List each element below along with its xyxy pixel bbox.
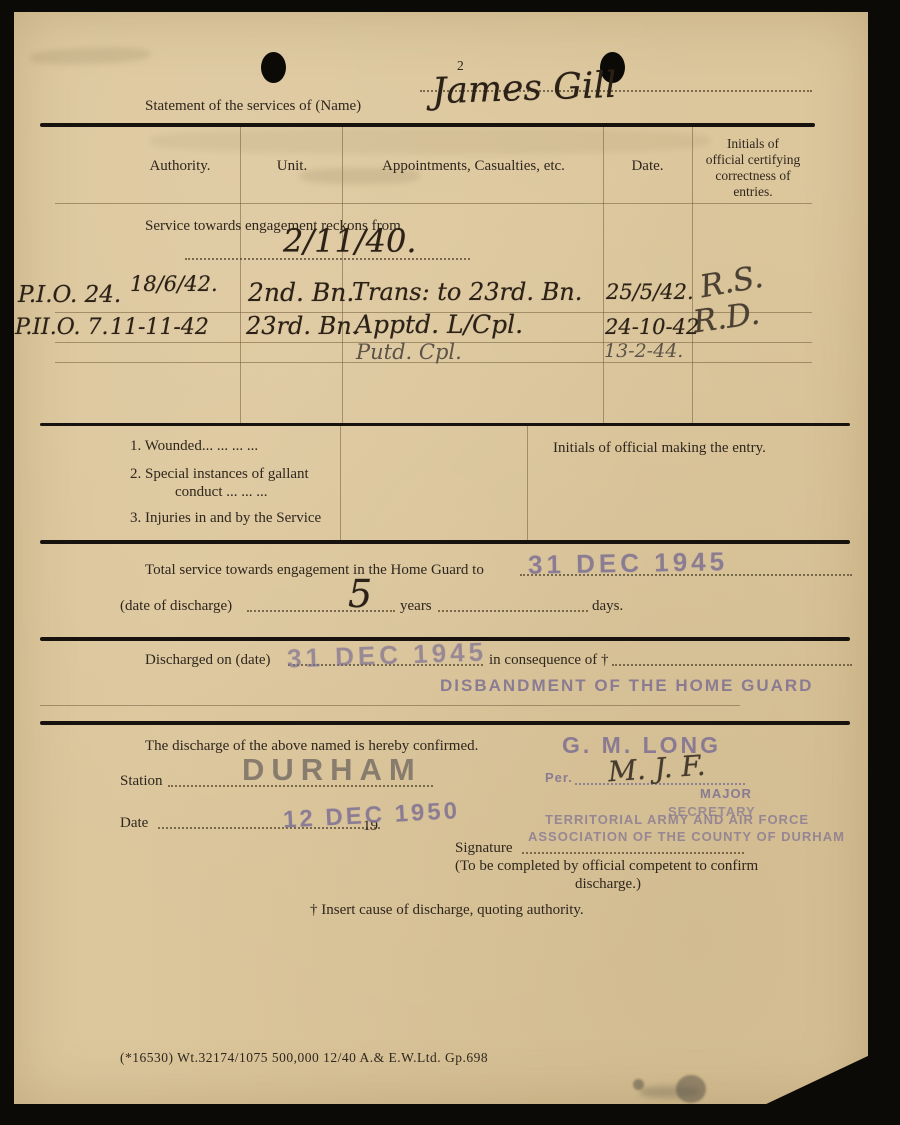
note-wounded: 1. Wounded... ... ... ... bbox=[130, 438, 258, 455]
row-authority-date: 11-11-42 bbox=[110, 315, 209, 340]
scanned-document: 2 Statement of the services of (Name) Ja… bbox=[0, 0, 900, 1125]
total-date-stamp: 31 DEC 1945 bbox=[528, 546, 729, 580]
years-label: years bbox=[400, 598, 432, 615]
table-divider bbox=[240, 127, 241, 423]
table-line bbox=[55, 203, 812, 204]
years-value-handwritten: 5 bbox=[348, 572, 372, 616]
bleedthrough-smudge bbox=[150, 128, 710, 154]
row-authority: P.I.O. 24. bbox=[18, 282, 121, 308]
col-header-appointments: Appointments, Casualties, etc. bbox=[344, 158, 603, 175]
reckons-value-handwritten: 2/11/40. bbox=[283, 222, 417, 260]
note-injuries: 3. Injuries in and by the Service bbox=[130, 510, 321, 527]
note-gallant-conduct-line2: conduct ... ... ... bbox=[175, 484, 267, 501]
name-handwritten: James Gill bbox=[431, 65, 617, 112]
row-date: 13-2-44. bbox=[604, 340, 683, 362]
rule bbox=[40, 540, 850, 544]
station-label: Station bbox=[120, 773, 163, 790]
initials-official-label: Initials of official making the entry. bbox=[553, 440, 766, 457]
row-entry: Trans: to 23rd. Bn. bbox=[352, 278, 582, 306]
dotted-line bbox=[522, 852, 744, 854]
col-header-initials: Initials of official certifying correctn… bbox=[694, 136, 812, 200]
row-unit: 2nd. Bn. bbox=[248, 278, 354, 307]
table-divider bbox=[603, 127, 604, 423]
dotted-line bbox=[612, 664, 852, 666]
col-header-unit: Unit. bbox=[242, 158, 342, 175]
org-stamp-line1: TERRITORIAL ARMY AND AIR FORCE bbox=[545, 812, 809, 827]
row-authority: P.II.O. 7. bbox=[15, 315, 108, 340]
signature-note-line2: discharge.) bbox=[575, 876, 641, 893]
per-label-stamp: Per. bbox=[545, 770, 573, 785]
footnote: † Insert cause of discharge, quoting aut… bbox=[310, 902, 584, 919]
table-line bbox=[40, 705, 740, 706]
ink-blot bbox=[640, 1086, 700, 1098]
in-consequence-label: in consequence of † bbox=[489, 652, 609, 669]
rank-stamp: MAJOR bbox=[700, 786, 752, 801]
row-unit: 23rd. Bn. bbox=[246, 312, 359, 340]
note-gallant-conduct-line1: 2. Special instances of gallant bbox=[130, 466, 309, 483]
col-header-date: Date. bbox=[603, 158, 692, 175]
dotted-line bbox=[247, 610, 395, 612]
total-service-label: Total service towards engagement in the … bbox=[145, 562, 484, 579]
punch-hole bbox=[261, 52, 286, 83]
days-label: days. bbox=[592, 598, 623, 615]
station-stamp: DURHAM bbox=[242, 752, 422, 788]
dotted-line bbox=[438, 610, 588, 612]
section-divider bbox=[340, 426, 341, 540]
org-stamp-line2: ASSOCIATION OF THE COUNTY OF DURHAM bbox=[528, 829, 845, 844]
row-authority-date: 18/6/42. bbox=[130, 272, 218, 296]
signature-note-line1: (To be completed by official competent t… bbox=[455, 858, 758, 875]
col-header-authority: Authority. bbox=[120, 158, 240, 175]
table-line bbox=[55, 362, 812, 363]
rule bbox=[40, 123, 815, 127]
rule bbox=[40, 423, 850, 426]
date-of-discharge-label: (date of discharge) bbox=[120, 598, 232, 615]
row-entry: Putd. Cpl. bbox=[356, 340, 462, 364]
row-date: 24-10-42 bbox=[605, 315, 699, 339]
name-line-label: Statement of the services of (Name) bbox=[145, 98, 361, 115]
date-label: Date bbox=[120, 815, 148, 832]
rule bbox=[40, 721, 850, 725]
table-divider bbox=[692, 127, 693, 423]
section-divider bbox=[527, 426, 528, 540]
row-entry: Apptd. L/Cpl. bbox=[355, 310, 523, 339]
print-code: (*16530) Wt.32174/1075 500,000 12/40 A.&… bbox=[120, 1050, 488, 1066]
signature-label: Signature bbox=[455, 840, 513, 857]
discharged-on-label: Discharged on (date) bbox=[145, 652, 271, 669]
discharge-cause-stamp: DISBANDMENT OF THE HOME GUARD bbox=[440, 676, 813, 696]
table-divider bbox=[342, 127, 343, 423]
row-date: 25/5/42. bbox=[606, 280, 694, 304]
per-signature-handwritten: M. J. F. bbox=[607, 749, 706, 789]
